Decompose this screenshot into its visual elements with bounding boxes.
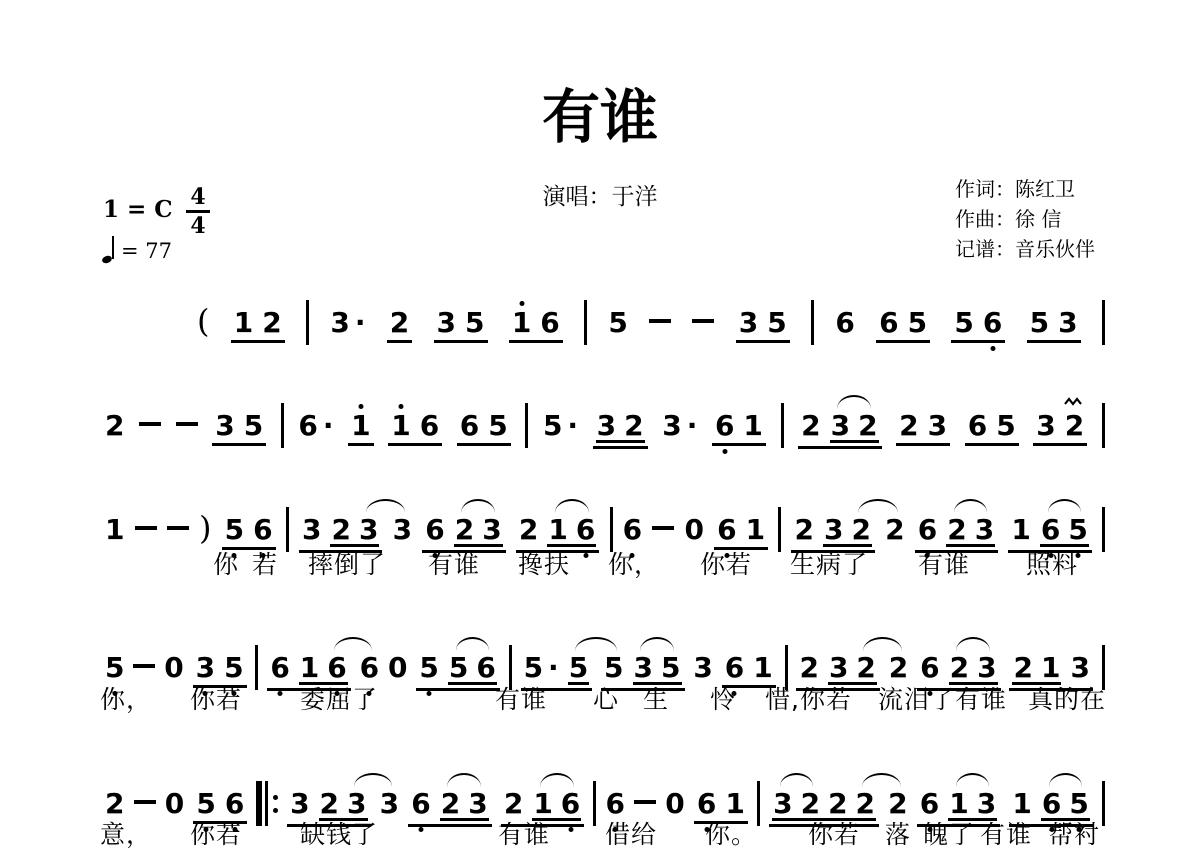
note: 3 xyxy=(1058,309,1077,337)
beam-group: 16 xyxy=(509,309,563,343)
repeat-dots xyxy=(273,795,278,813)
lyrics-line-2: 你，你若委屈了有谁心生怜惜,你若流泪了有谁真的在 xyxy=(0,680,1200,710)
note-digit: 2 xyxy=(455,516,474,544)
note-digit: 6 xyxy=(606,790,625,818)
slur-arc xyxy=(555,499,588,514)
note-digit: 3 xyxy=(468,790,487,818)
tempo-value: = 77 xyxy=(121,239,172,263)
note: 6 xyxy=(623,516,642,544)
note-digit: 6 xyxy=(968,412,987,440)
slur-arc xyxy=(1048,499,1081,514)
slur-arc xyxy=(456,637,489,652)
note: 3 xyxy=(739,309,758,337)
augmentation-dot: · xyxy=(687,412,698,440)
lyric-word: 有谁 xyxy=(495,680,547,716)
note-digit: 2 xyxy=(519,516,538,544)
note: 1 xyxy=(351,412,370,440)
note: 3 xyxy=(437,309,456,337)
note-digit: 2 xyxy=(331,516,350,544)
note: 3· xyxy=(662,412,697,440)
augmentation-dot: · xyxy=(548,654,559,682)
note-digit: 1 xyxy=(391,412,410,440)
note-digit: 5 xyxy=(661,654,680,682)
slur-arc xyxy=(862,773,901,788)
note: 5· xyxy=(543,412,578,440)
note-digit: 2 xyxy=(889,654,908,682)
note-digit: 6 xyxy=(561,790,580,818)
note-digit: 6 xyxy=(623,516,642,544)
note-digit: 1 xyxy=(949,790,968,818)
note-digit: 6 xyxy=(920,790,939,818)
note-digit: 2 xyxy=(888,790,907,818)
note: 6 xyxy=(717,516,736,544)
slur-arc xyxy=(354,773,393,788)
note-digit: 3 xyxy=(330,309,349,337)
note: 5· xyxy=(524,654,559,682)
lyric-word: 意， xyxy=(100,815,152,850)
beam-group: 65 xyxy=(965,412,1019,446)
note-digit: 6 xyxy=(476,654,495,682)
note-digit: 1 xyxy=(725,790,744,818)
note-digit: 6 xyxy=(411,790,430,818)
note: 1 xyxy=(1011,516,1030,544)
beam-group: 12 xyxy=(231,309,285,343)
note-digit: 3 xyxy=(393,516,412,544)
slur-arc xyxy=(780,773,813,788)
note-digit: 3 xyxy=(1058,309,1077,337)
beam-group: 65 xyxy=(876,309,930,343)
note: 0 xyxy=(164,654,183,682)
note-digit: 3 xyxy=(824,516,843,544)
note-digit: 3 xyxy=(1070,654,1089,682)
note-digit: 2 xyxy=(1013,654,1032,682)
lyric-word: 借给 xyxy=(605,815,657,850)
note-digit: 5 xyxy=(1068,516,1087,544)
duration-dash xyxy=(133,662,155,677)
note-digit: 5 xyxy=(224,654,243,682)
beam-group: 2 xyxy=(387,309,412,343)
barline xyxy=(306,300,309,345)
note: 1 xyxy=(949,790,968,818)
beam-group: 56 xyxy=(951,309,1005,343)
lyric-word: 摔倒了 xyxy=(308,545,386,581)
note-digit: 2 xyxy=(801,412,820,440)
note-digit: 3 xyxy=(196,654,215,682)
note: 5 xyxy=(604,654,623,682)
lyric-word: 惜,你若 xyxy=(765,680,852,716)
note-digit: 1 xyxy=(753,654,772,682)
lyric-word: 你。 xyxy=(705,815,757,850)
note: 1 xyxy=(105,516,124,544)
note-digit: 2 xyxy=(856,654,875,682)
beam-group: 32 xyxy=(1033,412,1087,446)
beam-group: 61 xyxy=(712,412,766,446)
note: 2 xyxy=(519,516,538,544)
barline xyxy=(525,403,528,448)
note: 2 xyxy=(851,516,870,544)
note-digit: 5 xyxy=(608,309,627,337)
note: 3 xyxy=(1036,412,1055,440)
beam-group: 32 xyxy=(830,412,879,443)
note-digit: 3 xyxy=(829,654,848,682)
note: 1 xyxy=(234,309,253,337)
note: 6 xyxy=(606,790,625,818)
note: 3 xyxy=(831,412,850,440)
note: 2 xyxy=(262,309,281,337)
note-digit: 6 xyxy=(576,516,595,544)
note-digit: 2 xyxy=(947,516,966,544)
note-digit: 6 xyxy=(879,309,898,337)
note-digit: 5 xyxy=(196,790,215,818)
barline xyxy=(1102,300,1105,345)
note-digit: 3 xyxy=(773,790,792,818)
slur-arc xyxy=(640,637,673,652)
note-digit: 1 xyxy=(746,516,765,544)
note: 2 xyxy=(947,516,966,544)
beam-group: 65 xyxy=(457,412,511,446)
beam-group: 23 xyxy=(896,412,950,446)
note-digit: 5 xyxy=(543,412,562,440)
note-digit: 6 xyxy=(717,516,736,544)
note: 5 xyxy=(908,309,927,337)
duration-dash xyxy=(176,420,198,435)
note: 5 xyxy=(465,309,484,337)
note: 2 xyxy=(504,790,523,818)
barline xyxy=(281,403,284,448)
slur-arc xyxy=(540,773,573,788)
note-digit: 2 xyxy=(105,412,124,440)
note-digit: 5 xyxy=(465,309,484,337)
note: 6 xyxy=(420,412,439,440)
slur-arc xyxy=(954,499,987,514)
note: 1 xyxy=(753,654,772,682)
note: 5 xyxy=(767,309,786,337)
note: 1 xyxy=(533,790,552,818)
note-digit: 3 xyxy=(977,654,996,682)
sheet-music-page: 有谁 演唱：于洋 作词：陈红卫 作曲：徐 信 记谱：音乐伙伴 1 = C 4 4… xyxy=(0,0,1200,850)
note: 3 xyxy=(773,790,792,818)
note-digit: 3 xyxy=(347,790,366,818)
note-digit: 2 xyxy=(441,790,460,818)
note-digit: 3 xyxy=(831,412,850,440)
beam-group: 1 xyxy=(348,412,373,446)
lyric-word: 照料 xyxy=(1026,545,1078,581)
lyric-word: 流泪了 xyxy=(878,680,956,716)
augmentation-dot: · xyxy=(355,309,366,337)
note: 3 xyxy=(393,516,412,544)
note-digit: 2 xyxy=(856,790,875,818)
note: 5 xyxy=(1068,516,1087,544)
octave-dot-high xyxy=(398,404,403,409)
note-digit: 2 xyxy=(262,309,281,337)
beam-group: 23 xyxy=(454,516,503,547)
note-digit: 3 xyxy=(380,790,399,818)
slur-arc xyxy=(863,637,901,652)
lyric-word: 有谁 xyxy=(918,545,970,581)
note-digit: 3 xyxy=(634,654,653,682)
slur-arc xyxy=(366,499,406,514)
note: 1 xyxy=(746,516,765,544)
note-digit: 2 xyxy=(320,790,339,818)
note: 0 xyxy=(665,790,684,818)
note: 5 xyxy=(569,654,588,682)
lyric-word: 有谁 xyxy=(428,545,480,581)
duration-dash xyxy=(692,317,714,332)
note-digit: 5 xyxy=(604,654,623,682)
note: 3 xyxy=(347,790,366,818)
slur-arc xyxy=(447,773,480,788)
note: 6 xyxy=(476,654,495,682)
note-digit: 3 xyxy=(693,654,712,682)
note: 6 xyxy=(725,654,744,682)
note: 6 xyxy=(918,516,937,544)
lyric-word: 心 xyxy=(593,680,619,716)
note: 2 xyxy=(899,412,918,440)
note: 2 xyxy=(856,654,875,682)
note: 6 xyxy=(920,654,939,682)
lyric-word: 你， xyxy=(100,680,152,716)
lyric-word: 有谁 xyxy=(498,815,550,850)
credits-block: 作词：陈红卫 作曲：徐 信 记谱：音乐伙伴 xyxy=(955,174,1095,264)
note-digit: 2 xyxy=(801,790,820,818)
note: 6 xyxy=(225,790,244,818)
slur-arc xyxy=(575,637,616,652)
note-digit: 2 xyxy=(794,516,813,544)
note: 1 xyxy=(743,412,762,440)
note: 6· xyxy=(298,412,333,440)
note-digit: 5 xyxy=(524,654,543,682)
note-digit: 2 xyxy=(390,309,409,337)
note-digit: 1 xyxy=(351,412,370,440)
slur-arc xyxy=(334,637,372,652)
note-digit: 2 xyxy=(105,790,124,818)
octave-dot-low xyxy=(990,346,995,351)
duration-dash xyxy=(139,420,161,435)
note: 3 xyxy=(634,654,653,682)
lyric-word: 真的在 xyxy=(1028,680,1106,716)
note: 2 xyxy=(105,412,124,440)
note-digit: 5 xyxy=(225,516,244,544)
note: 3· xyxy=(330,309,365,337)
note: 6 xyxy=(561,790,580,818)
note-digit: 1 xyxy=(533,790,552,818)
note: 2 xyxy=(455,516,474,544)
note: 6 xyxy=(270,654,289,682)
note: 3 xyxy=(482,516,501,544)
note-digit: 0 xyxy=(164,654,183,682)
note: 5 xyxy=(488,412,507,440)
note: 3 xyxy=(380,790,399,818)
note: 3 xyxy=(196,654,215,682)
note-digit: 2 xyxy=(799,654,818,682)
lyrics-line-1: 你若摔倒了有谁搀扶你，你若生病了有谁照料 xyxy=(0,545,1200,575)
note-digit: 6 xyxy=(1041,516,1060,544)
note: 2 xyxy=(799,654,818,682)
note: 6 xyxy=(576,516,595,544)
duration-dash xyxy=(652,524,674,539)
note: 2 xyxy=(1013,654,1032,682)
note: 2 xyxy=(828,790,847,818)
duration-dash xyxy=(135,524,157,539)
beam-group: 35 xyxy=(434,309,488,343)
note: 3 xyxy=(302,516,321,544)
note: 6 xyxy=(968,412,987,440)
slur-arc xyxy=(956,773,989,788)
key-signature: 1 = C xyxy=(103,196,173,223)
note: 5 xyxy=(449,654,468,682)
note: 2 xyxy=(889,654,908,682)
lyric-word: 缺钱了 xyxy=(300,815,378,850)
note: 6 xyxy=(425,516,444,544)
note: 2 xyxy=(794,516,813,544)
lyric-word: 帮衬 xyxy=(1048,815,1100,850)
note-digit: 6 xyxy=(1042,790,1061,818)
time-signature: 4 4 xyxy=(186,186,210,237)
duration-dash xyxy=(634,798,656,813)
note: 1 xyxy=(548,516,567,544)
note: 6 xyxy=(715,412,734,440)
beam-group: 35 xyxy=(212,412,266,446)
note: 2 xyxy=(888,790,907,818)
note: 0 xyxy=(685,516,704,544)
credit-transcriber: 记谱：音乐伙伴 xyxy=(955,234,1095,264)
note: 2 xyxy=(624,412,643,440)
note: 0 xyxy=(388,654,407,682)
note-digit: 2 xyxy=(624,412,643,440)
slur-arc xyxy=(956,637,989,652)
note-digit: 3 xyxy=(977,790,996,818)
lyric-word: 你若 xyxy=(190,680,242,716)
note-digit: 2 xyxy=(1065,412,1084,440)
note: 6 xyxy=(460,412,479,440)
note: 5 xyxy=(608,309,627,337)
note: 2 xyxy=(858,412,877,440)
parenthesis: ( xyxy=(197,302,209,340)
octave-dot-high xyxy=(358,404,363,409)
note: 3 xyxy=(977,654,996,682)
note: 6 xyxy=(540,309,559,337)
lyric-word: 你 xyxy=(213,545,239,581)
lyric-word: 搀扶 xyxy=(518,545,570,581)
note-digit: 1 xyxy=(743,412,762,440)
note-digit: 5 xyxy=(996,412,1015,440)
note-digit: 1 xyxy=(300,654,319,682)
duration-dash xyxy=(649,317,671,332)
note-digit: 3 xyxy=(975,516,994,544)
note: 3 xyxy=(468,790,487,818)
note-digit: 5 xyxy=(954,309,973,337)
note: 2 xyxy=(390,309,409,337)
note-digit: 2 xyxy=(504,790,523,818)
beam-group: 232 xyxy=(798,412,881,449)
lyric-word: 生病了 xyxy=(790,545,868,581)
note-digit: 5 xyxy=(419,654,438,682)
note-digit: 6 xyxy=(460,412,479,440)
note: 3 xyxy=(928,412,947,440)
note: 3 xyxy=(829,654,848,682)
note-digit: 2 xyxy=(851,516,870,544)
note: 6 xyxy=(879,309,898,337)
note: 3 xyxy=(975,516,994,544)
lyrics-line-3: 意，你若缺钱了有谁借给你。你若落魄了有谁帮衬 xyxy=(0,815,1200,845)
note: 2 xyxy=(105,790,124,818)
note: 6 xyxy=(697,790,716,818)
note-digit: 0 xyxy=(388,654,407,682)
note-digit: 5 xyxy=(105,654,124,682)
note-digit: 3 xyxy=(597,412,616,440)
quarter-note-icon xyxy=(102,236,115,263)
augmentation-dot: · xyxy=(323,412,334,440)
augmentation-dot: · xyxy=(567,412,578,440)
beam-group: 23 xyxy=(946,516,995,547)
note: 2 xyxy=(320,790,339,818)
credit-composer: 作曲：徐 信 xyxy=(955,204,1095,234)
slur-arc xyxy=(461,499,494,514)
note-digit: 0 xyxy=(685,516,704,544)
note-digit: 1 xyxy=(105,516,124,544)
duration-dash xyxy=(134,798,156,813)
note-digit: 1 xyxy=(1041,654,1060,682)
note-digit: 2 xyxy=(885,516,904,544)
note: 6 xyxy=(983,309,1002,337)
beam-group: 35 xyxy=(736,309,790,343)
credit-lyricist: 作词：陈红卫 xyxy=(955,174,1095,204)
beam-group: 23 xyxy=(330,516,379,547)
barline xyxy=(781,403,784,448)
notation-line-1: (123·235165356655653 xyxy=(197,287,1105,343)
lyric-word: 你若 xyxy=(190,815,242,850)
note-digit: 6 xyxy=(835,309,854,337)
note-digit: 2 xyxy=(828,790,847,818)
note: 3 xyxy=(693,654,712,682)
note: 6 xyxy=(411,790,430,818)
note-digit: 5 xyxy=(569,654,588,682)
note-digit: 3 xyxy=(290,790,309,818)
note: 3 xyxy=(977,790,996,818)
note: 2 xyxy=(331,516,350,544)
note-digit: 1 xyxy=(512,309,531,337)
note: 0 xyxy=(165,790,184,818)
note-digit: 3 xyxy=(928,412,947,440)
note: 6 xyxy=(1041,516,1060,544)
notation-line-2: 2356·116655·323·61232236532 xyxy=(105,390,1105,449)
note-digit: 6 xyxy=(725,654,744,682)
note: 1 xyxy=(391,412,410,440)
note-digit: 5 xyxy=(908,309,927,337)
note-digit: 5 xyxy=(449,654,468,682)
note-digit: 5 xyxy=(767,309,786,337)
meter-numerator: 4 xyxy=(190,186,205,208)
note-digit: 6 xyxy=(920,654,939,682)
beam-group: 32 xyxy=(823,516,872,547)
note-digit: 1 xyxy=(1011,516,1030,544)
note: 5 xyxy=(1069,790,1088,818)
note: 5 xyxy=(196,790,215,818)
note-digit: 5 xyxy=(1030,309,1049,337)
note-digit: 6 xyxy=(697,790,716,818)
note: 3 xyxy=(597,412,616,440)
note-digit: 1 xyxy=(548,516,567,544)
note: 5 xyxy=(105,654,124,682)
note: 2 xyxy=(801,412,820,440)
lyric-word: 若 xyxy=(252,545,278,581)
note-digit: 6 xyxy=(298,412,317,440)
note: 2 xyxy=(801,790,820,818)
beam-group: 32 xyxy=(593,412,648,449)
note-digit: 3 xyxy=(359,516,378,544)
note-digit: 2 xyxy=(899,412,918,440)
note: 2 xyxy=(441,790,460,818)
